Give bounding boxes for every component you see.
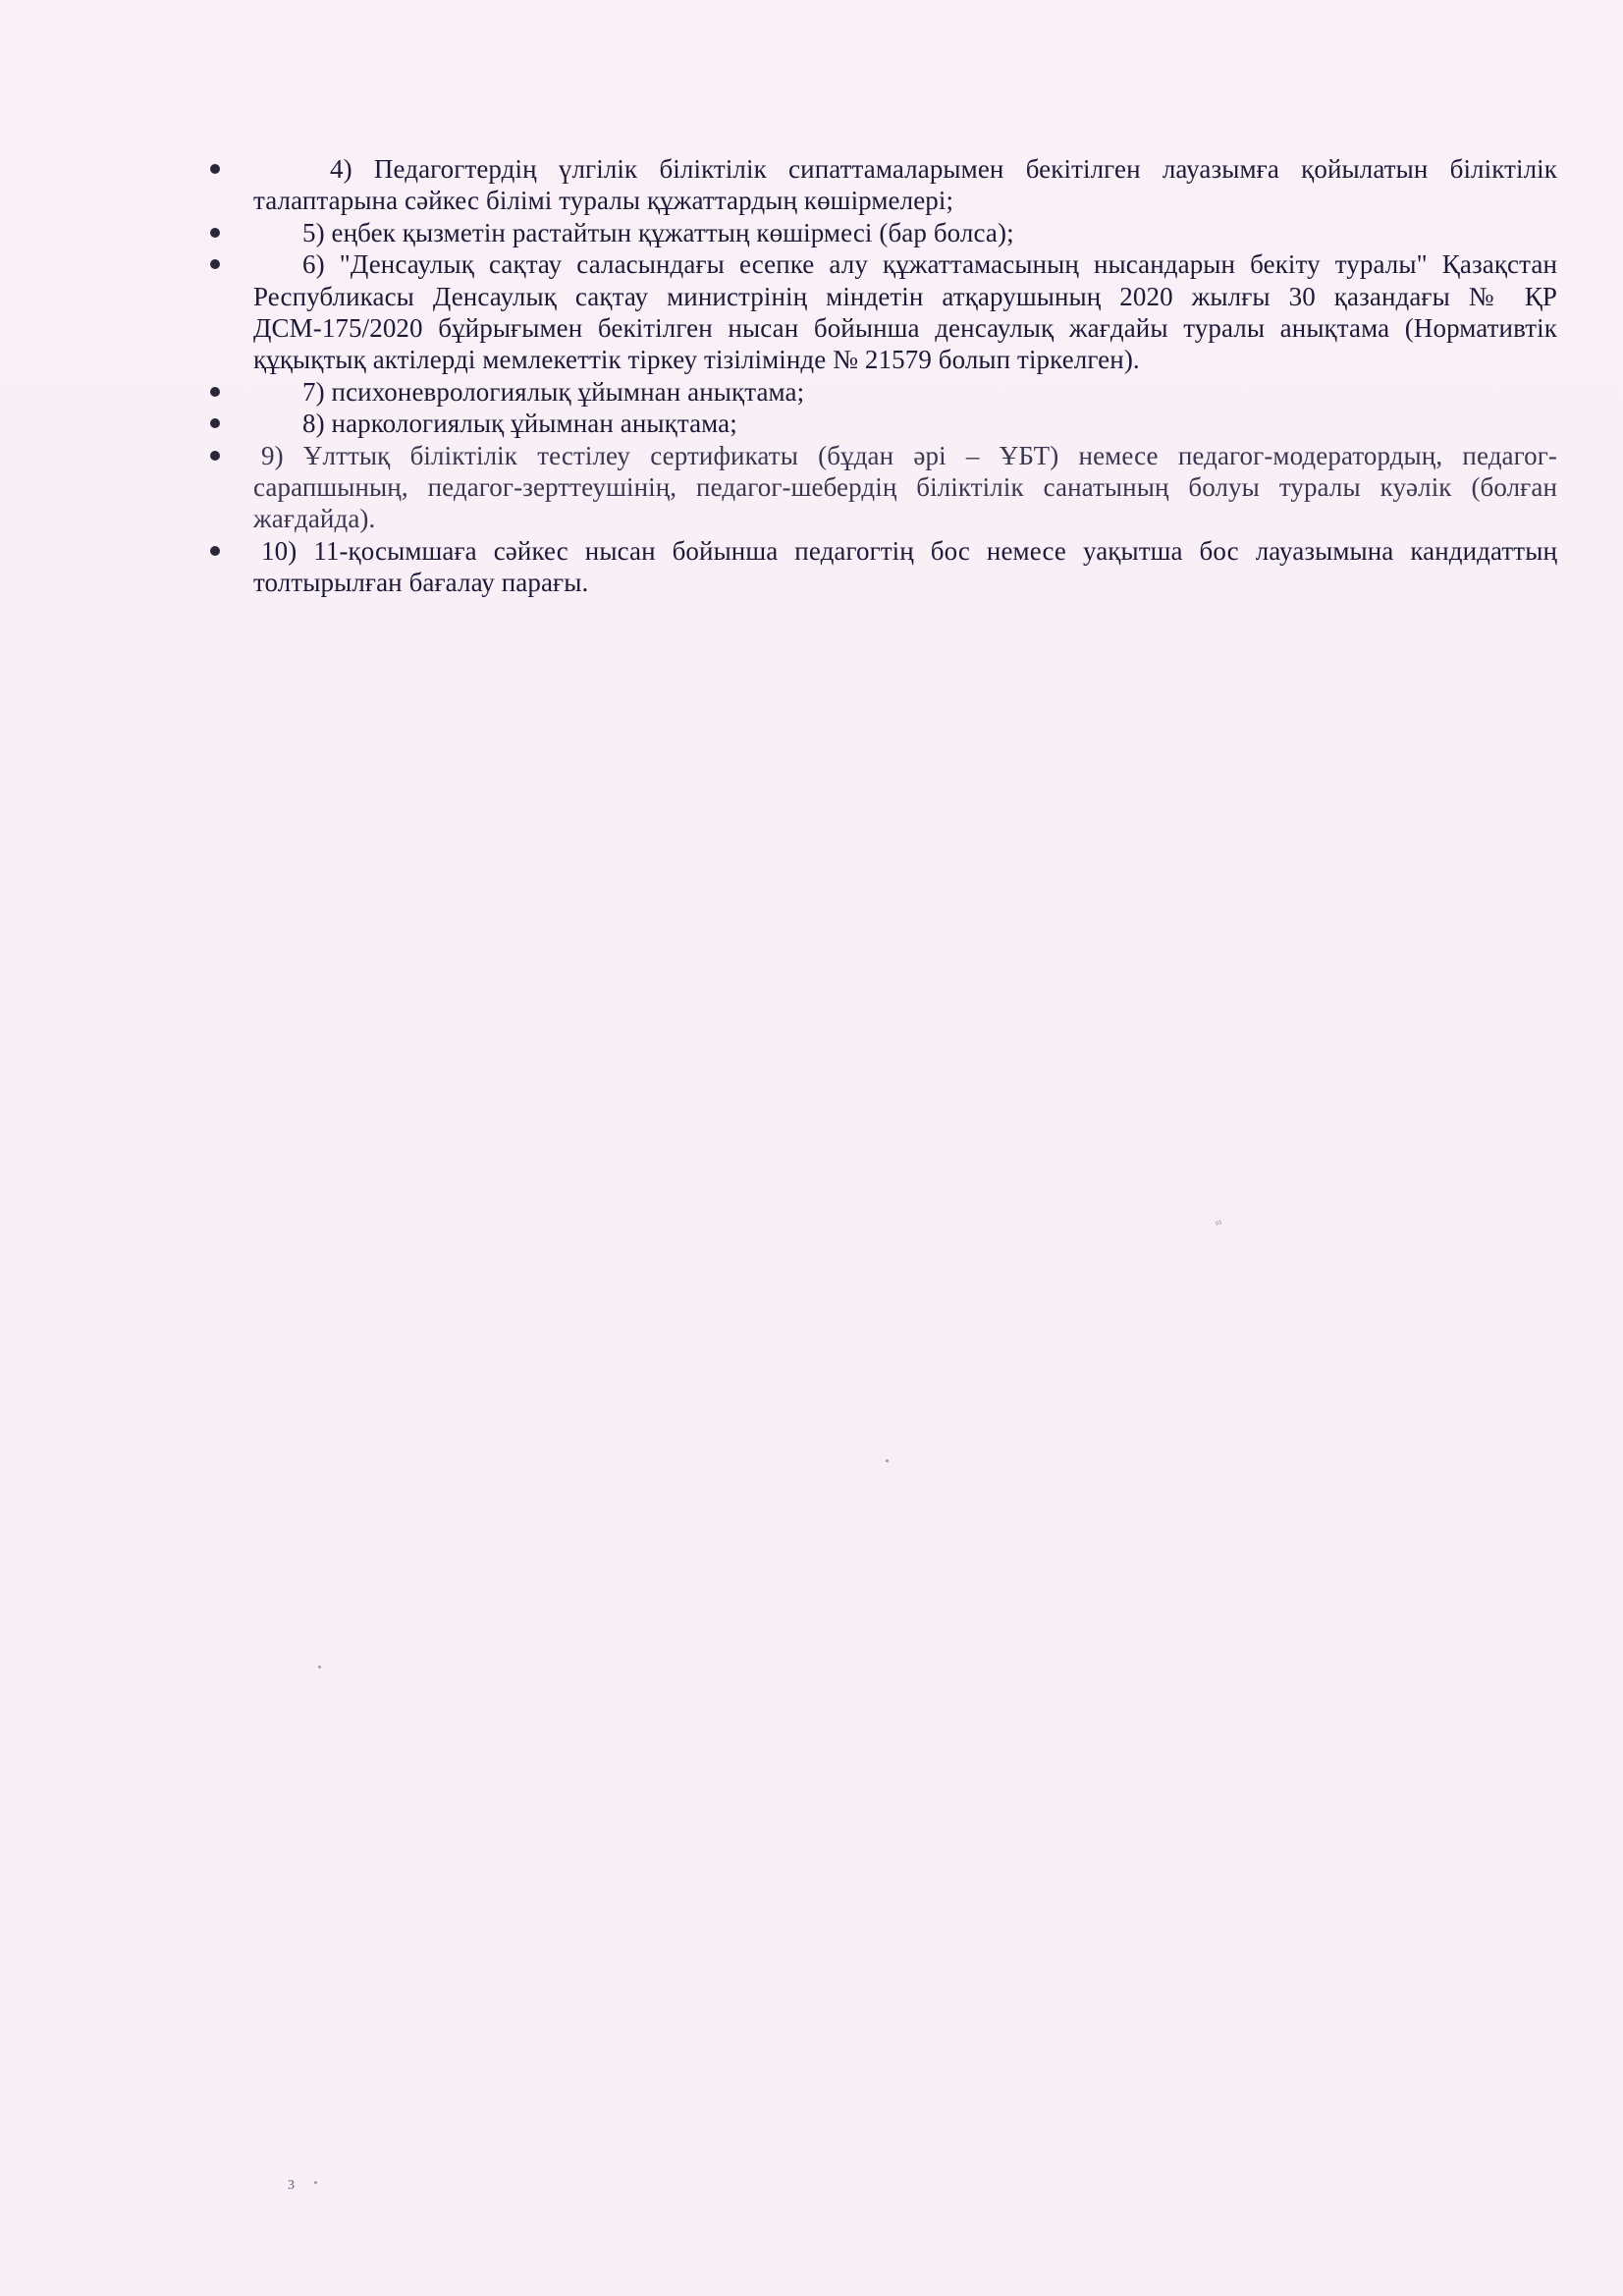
- bullet-icon: [210, 228, 220, 238]
- scan-artifact: ≈: [1213, 1215, 1225, 1230]
- bullet-icon: [210, 418, 220, 428]
- list-item-text: 4) Педагогтердің үлгілік біліктілік сипа…: [253, 153, 1557, 217]
- list-item-text: 5) еңбек қызметін растайтын құжаттың көш…: [253, 217, 1557, 248]
- scan-speck: [318, 1666, 321, 1668]
- list-item-text: 10) 11-қосымшаға сәйкес нысан бойынша пе…: [253, 535, 1557, 599]
- list-item-text: 7) психоневрологиялық ұйымнан анықтама;: [253, 376, 1557, 408]
- scanned-page: 4) Педагогтердің үлгілік біліктілік сипа…: [0, 0, 1623, 2296]
- bullet-icon: [210, 546, 220, 556]
- list-item-10: 10) 11-қосымшаға сәйкес нысан бойынша пе…: [210, 535, 1557, 599]
- list-item-text: 6) "Денсаулық сақтау саласындағы есепке …: [253, 248, 1557, 376]
- page-mark: 3: [288, 2178, 295, 2194]
- list-item-8: 8) наркологиялық ұйымнан анықтама;: [210, 408, 1557, 439]
- list-item-5: 5) еңбек қызметін растайтын құжаттың көш…: [210, 217, 1557, 248]
- scan-speck: [886, 1459, 889, 1462]
- bullet-icon: [210, 451, 220, 461]
- bullet-icon: [210, 259, 220, 269]
- list-item-9: 9) Ұлттық біліктілік тестілеу сертификат…: [210, 440, 1557, 535]
- list-item-7: 7) психоневрологиялық ұйымнан анықтама;: [210, 376, 1557, 408]
- list-item-6: 6) "Денсаулық сақтау саласындағы есепке …: [210, 248, 1557, 376]
- bullet-icon: [210, 164, 220, 174]
- scan-speck: [314, 2181, 317, 2184]
- bullet-icon: [210, 387, 220, 397]
- list-item-text: 8) наркологиялық ұйымнан анықтама;: [253, 408, 1557, 439]
- list-item-4: 4) Педагогтердің үлгілік біліктілік сипа…: [210, 153, 1557, 217]
- list-item-text: 9) Ұлттық біліктілік тестілеу сертификат…: [253, 440, 1557, 535]
- document-requirements-list: 4) Педагогтердің үлгілік біліктілік сипа…: [210, 153, 1557, 599]
